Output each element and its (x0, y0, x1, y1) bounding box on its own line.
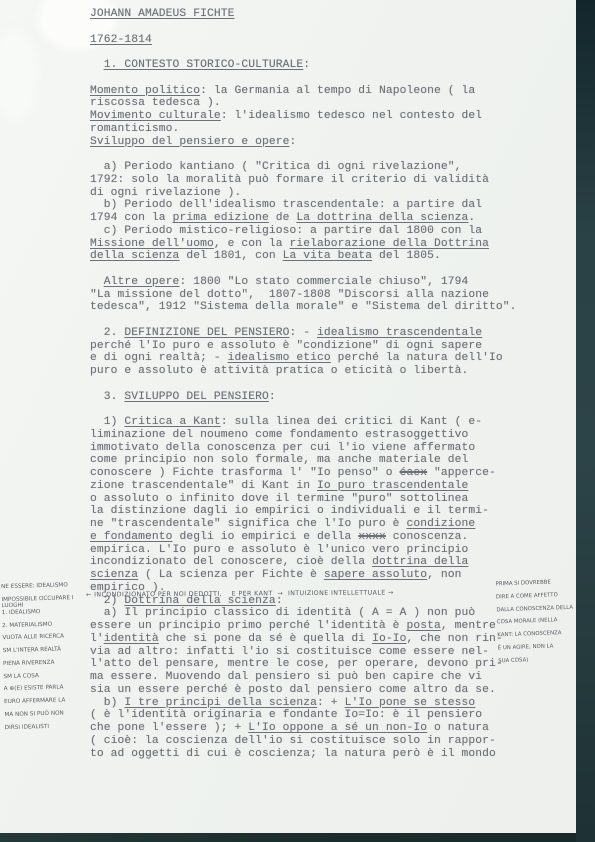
typed-line: scienza ( La scienza per Fichte è sapere… (90, 569, 552, 582)
typed-line: l'identità che si pone da sé è quella di… (90, 633, 552, 646)
typed-line: 1762-1814 (90, 34, 552, 47)
typed-line: a) Periodo kantiano ( "Critica di ogni r… (90, 161, 552, 174)
typed-line (90, 148, 552, 161)
typed-line: e fondamento degli io empirici e della x… (90, 531, 552, 544)
typed-line (90, 72, 552, 85)
typed-line: o assoluto o infinito dove il termine "p… (90, 493, 552, 506)
typed-line: essere un principio primo perché l'ident… (90, 620, 552, 633)
typed-line (90, 314, 552, 327)
handwritten-line: SUA COSA) (498, 655, 578, 671)
typed-line: liminazione del noumeno come fondamento … (90, 429, 552, 442)
typed-line: to ad oggetti di cui è coscienza; la nat… (90, 748, 552, 761)
typed-line: c) Periodo mistico-religioso: a partire … (90, 225, 552, 238)
scanned-page: JOHANN AMADEUS FICHTE 1762-1814 1. CONTE… (0, 0, 595, 842)
typed-line: empirica. L'Io puro e assoluto è l'unico… (90, 544, 552, 557)
typed-line (90, 403, 552, 416)
scan-artifact-blotch (0, 30, 38, 120)
typed-line: "La missione del dotto", 1807-1808 "Disc… (90, 289, 552, 302)
typed-line: 3. SVILUPPO DEL PENSIERO: (90, 391, 552, 404)
typed-line: b) Periodo dell'idealismo trascendentale… (90, 199, 552, 212)
typed-line: via ad altro: infatti l'io si costituisc… (90, 646, 552, 659)
handwritten-margin-note-left: NE ESSERE: IDEALISMOIMPOSSIBILE OCCUPARE… (1, 582, 90, 737)
typed-line (90, 46, 552, 59)
typed-line: 1794 con la prima edizione de La dottrin… (90, 212, 552, 225)
typed-line: Sviluppo del pensiero e opere: (90, 136, 552, 149)
typed-line (90, 378, 552, 391)
typed-line: puro e assoluto è attività pratica o eti… (90, 365, 552, 378)
typed-line: l'atto del pensare, mentre le cose, per … (90, 658, 552, 671)
typed-line: 2. DEFINIZIONE DEL PENSIERO: - idealismo… (90, 327, 552, 340)
typed-line: b) I tre principi della scienza: + L'Io … (90, 697, 552, 710)
scan-edge-bottom-band (0, 833, 576, 842)
typed-line (90, 21, 552, 34)
typed-line: e di ogni realtà; - idealismo etico perc… (90, 352, 552, 365)
typed-line: sia un essere perché è posto dal pensier… (90, 684, 552, 697)
typed-line: che pone l'essere ); + L'Io oppone a sé … (90, 722, 552, 735)
typed-line: a) Il principio classico di identità ( A… (90, 607, 552, 620)
typed-text-column: JOHANN AMADEUS FICHTE 1762-1814 1. CONTE… (90, 8, 552, 760)
typed-line: conoscere ) Fichte trasforma l' "Io pens… (90, 467, 552, 480)
typed-line: di ogni rivelazione ). (90, 187, 552, 200)
typed-line: ( è l'identità originaria e fondante Io=… (90, 709, 552, 722)
scan-edge-right-band (576, 0, 595, 842)
typed-line: Altre opere: 1800 "Lo stato commerciale … (90, 276, 552, 289)
typed-line: romanticismo. (90, 123, 552, 136)
typed-line: ne "trascendentale" significa che l'Io p… (90, 518, 552, 531)
typed-line: JOHANN AMADEUS FICHTE (90, 8, 552, 21)
typed-line: riscossa tedesca ). (90, 97, 552, 110)
typed-line: zione trascendentale" di Kant in Io puro… (90, 480, 552, 493)
typed-line: tedesca", 1912 "Sistema della morale" e … (90, 301, 552, 314)
typed-line: della scienza del 1801, con La vita beat… (90, 250, 552, 263)
typed-line: ma essere. Muovendo dal pensiero si può … (90, 671, 552, 684)
handwritten-line: DIRSI IDEALISTI (5, 722, 90, 737)
typed-line: perché l'Io puro e assoluto è "condizion… (90, 340, 552, 353)
typed-line (90, 263, 552, 276)
typed-line: ( cioè: la coscienza dell'io si costitui… (90, 735, 552, 748)
typed-line: Movimento culturale: l'idealismo tedesco… (90, 110, 552, 123)
typed-line: Momento politico: la Germania al tempo d… (90, 85, 552, 98)
typed-line: 1792: solo la moralità può formare il cr… (90, 174, 552, 187)
typed-line: immotivato della conoscenza per cui l'io… (90, 442, 552, 455)
typed-line: 1) Critica a Kant: sulla linea dei criti… (90, 416, 552, 429)
typed-line: Missione dell'uomo, e con la rielaborazi… (90, 238, 552, 251)
typed-line: incondizionato del conoscere, cioè della… (90, 556, 552, 569)
typed-line: 1. CONTESTO STORICO-CULTURALE: (90, 59, 552, 72)
typed-line: come principio non solo formale, ma anch… (90, 454, 552, 467)
typed-line: la distinzione dagli io empirici o indiv… (90, 505, 552, 518)
